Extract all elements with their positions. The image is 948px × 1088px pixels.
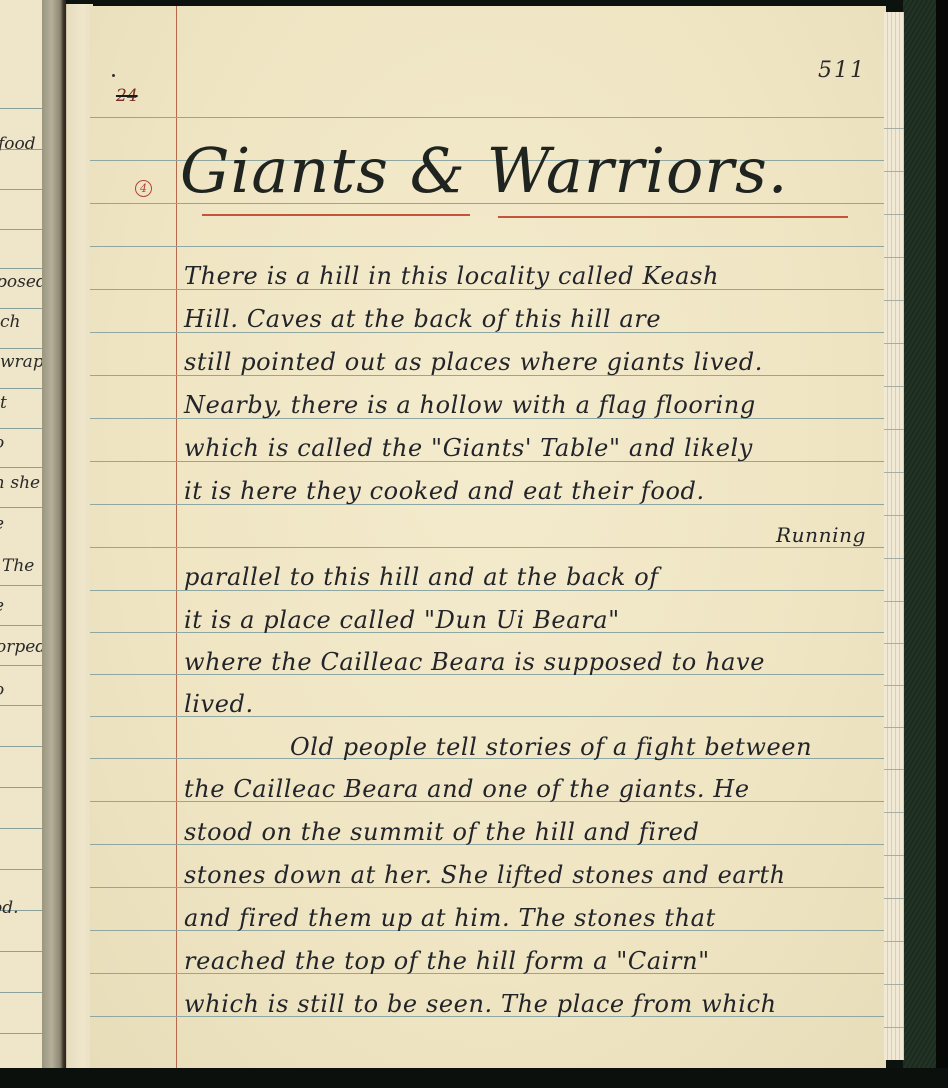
text-line: it is a place called "Dun Ui Beara" [184,606,620,634]
rule-line [90,117,886,118]
rule-line [0,189,44,190]
rule-line [0,507,44,508]
rule-line [0,992,44,993]
page-title: Giants & Warriors. [180,134,788,207]
title-underline [202,214,470,216]
text-line: where the Cailleac Beara is supposed to … [184,648,765,676]
prev-page-text: h she [0,473,40,493]
prev-page-text: food [0,134,36,154]
prev-page-text: od. [0,898,19,918]
prev-page-text: o [0,433,4,453]
rule-line [90,547,886,548]
rule-line [884,128,904,129]
text-line: Nearby, there is a hollow with a flag fl… [184,391,756,419]
text-line: which is called the "Giants' Table" and … [184,434,753,462]
rule-line [0,828,44,829]
prev-page-text: t [0,393,7,413]
rule-line [884,515,904,516]
rule-line [0,787,44,788]
text-line: reached the top of the hill form a "Cair… [184,947,710,975]
margin-line [176,6,177,1068]
rule-line [884,257,904,258]
book-cover-bottom [0,1068,948,1088]
text-line: lived. [184,690,254,718]
text-line: stones down at her. She lifted stones an… [184,861,786,889]
rule-line [0,467,44,468]
text-line: parallel to this hill and at the back of [184,563,659,591]
rule-line [884,171,904,172]
rule-line [0,625,44,626]
rule-line [0,705,44,706]
rule-line [90,246,886,247]
rule-line [0,108,44,109]
rule-line [884,214,904,215]
rule-line [884,601,904,602]
rule-line [884,1027,904,1028]
rule-line [884,855,904,856]
prev-page-text: e [0,514,4,534]
text-line: still pointed out as places where giants… [184,348,763,376]
page-number: 511 [818,58,866,83]
text-line: There is a hill in this locality called … [184,262,719,290]
rule-line [0,746,44,747]
rule-line [884,300,904,301]
previous-page: food posed ch wrap t o h she e The e orp… [0,0,44,1068]
rule-line [884,812,904,813]
rule-line [884,472,904,473]
prev-page-text: The [2,556,34,576]
rule-line [884,769,904,770]
prev-page-text: o [0,680,4,700]
book-gutter [42,0,66,1068]
rule-line [884,386,904,387]
text-line: Hill. Caves at the back of this hill are [184,305,661,333]
ink-dot [112,74,115,77]
prev-page-text: orped [0,637,44,657]
rule-line [884,429,904,430]
text-line: Running [776,523,866,547]
prev-page-text: e [0,596,4,616]
rule-line [0,229,44,230]
notebook-page: 24 511 4 Giants & Warriors. There is a h… [90,6,886,1068]
rule-line [0,951,44,952]
prev-page-text: wrap [0,352,44,372]
rule-line [884,558,904,559]
rule-line [884,898,904,899]
rule-line [0,428,44,429]
rule-line [0,268,44,269]
rule-line [0,869,44,870]
rule-line [0,348,44,349]
text-line: the Cailleac Beara and one of the giants… [184,775,750,803]
text-line: and fired them up at him. The stones tha… [184,904,716,932]
page-fold-edge [66,4,93,1068]
rule-line [884,685,904,686]
rule-line [884,984,904,985]
rule-line [0,665,44,666]
rule-line [0,585,44,586]
rule-line [0,308,44,309]
rule-line [884,941,904,942]
text-line: which is still to be seen. The place fro… [184,990,777,1018]
page-stack-edge [884,12,904,1060]
prev-page-text: ch [0,312,20,332]
rule-line [884,343,904,344]
prev-page-text: posed [0,272,44,292]
rule-line [0,1033,44,1034]
text-line: Old people tell stories of a fight betwe… [290,733,812,761]
rule-line [884,727,904,728]
section-number-circle: 4 [135,180,152,197]
text-line: it is here they cooked and eat their foo… [184,477,705,505]
rule-line [0,388,44,389]
old-page-number: 24 [116,86,138,106]
title-underline [498,216,848,218]
rule-line [884,643,904,644]
book-cover-right [903,0,948,1088]
text-line: stood on the summit of the hill and fire… [184,818,700,846]
